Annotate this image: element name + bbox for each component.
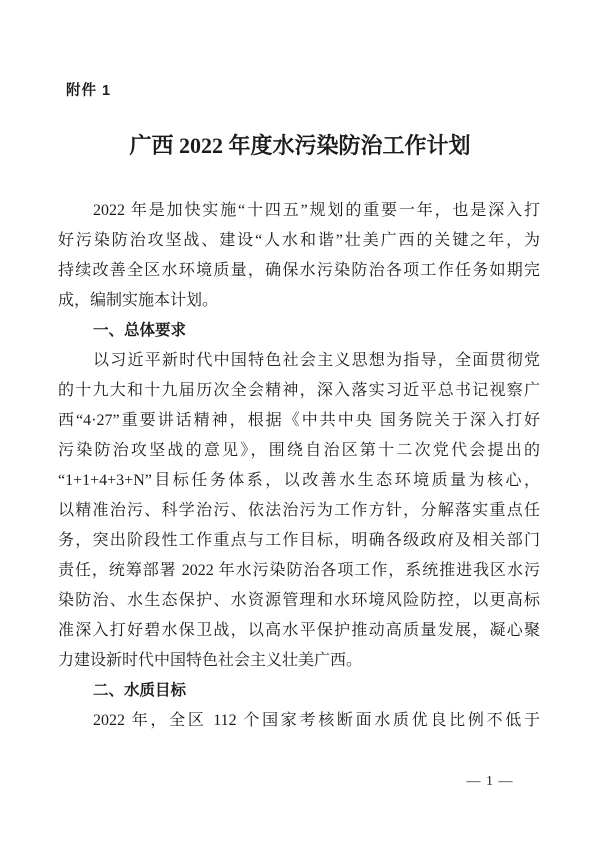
text-line: 好污染防治攻坚战、建设“人水和谐”壮美广西的关键之年，为 — [58, 226, 540, 256]
text-line: “1+1+4+3+N”目标任务体系，以改善水生态环境质量为核心， — [58, 466, 540, 496]
text-line: 务，突出阶段性工作重点与工作目标，明确各级政府及相关部门 — [58, 526, 540, 556]
text-line: 以习近平新时代中国特色社会主义思想为指导，全面贯彻党 — [58, 346, 540, 376]
text-line: 2022 年是加快实施“十四五”规划的重要一年，也是深入打 — [58, 196, 540, 226]
text-line: 二、水质目标 — [58, 676, 540, 706]
text-line: 的十九大和十九届历次全会精神，深入落实习近平总书记视察广 — [58, 376, 540, 406]
text-line: 准深入打好碧水保卫战，以高水平保护推动高质量发展，凝心聚 — [58, 616, 540, 646]
text-line: 一、总体要求 — [58, 316, 540, 346]
text-line: 责任，统筹部署 2022 年水污染防治各项工作，系统推进我区水污 — [58, 556, 540, 586]
text-line: 力建设新时代中国特色社会主义壮美广西。 — [58, 646, 540, 676]
page-number: — 1 — — [440, 774, 540, 790]
page-title: 广西 2022 年度水污染防治工作计划 — [0, 129, 600, 160]
text-line: 染防治、水生态保护、水资源管理和水环境风险防控，以更高标 — [58, 586, 540, 616]
text-line: 持续改善全区水环境质量，确保水污染防治各项工作任务如期完 — [58, 256, 540, 286]
attachment-label: 附件 1 — [66, 79, 111, 100]
text-line: 成，编制实施本计划。 — [58, 286, 540, 316]
text-line: 污染防治攻坚战的意见》，围绕自治区第十二次党代会提出的 — [58, 436, 540, 466]
text-line: 西“4·27”重要讲话精神，根据《中共中央 国务院关于深入打好 — [58, 406, 540, 436]
document-page: 附件 1 广西 2022 年度水污染防治工作计划 2022 年是加快实施“十四五… — [0, 0, 600, 848]
document-body: 2022 年是加快实施“十四五”规划的重要一年，也是深入打 好污染防治攻坚战、建… — [58, 196, 540, 736]
text-line: 2022 年，全区 112 个国家考核断面水质优良比例不低于 — [58, 706, 540, 736]
text-line: 以精准治污、科学治污、依法治污为工作方针，分解落实重点任 — [58, 496, 540, 526]
